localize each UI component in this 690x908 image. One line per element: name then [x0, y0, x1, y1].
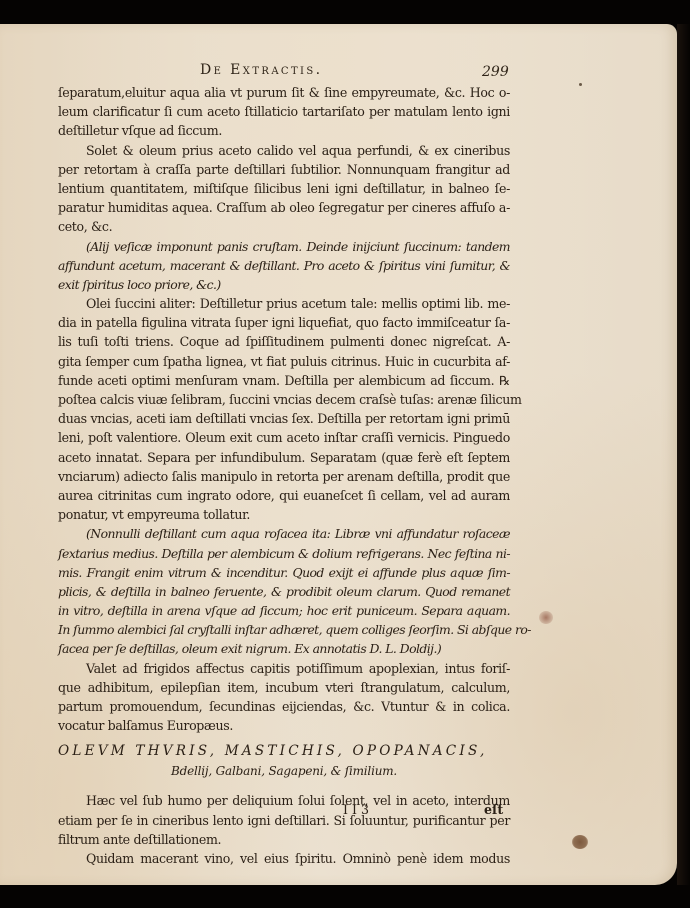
page-footer: I I 3 eſt: [0, 802, 677, 822]
catchword: eſt: [484, 802, 503, 817]
text-line: lentium quantitatem, miſtiſque ſilicibus…: [58, 179, 510, 198]
text-line: aurea citrinitas cum ingrato odore, qui …: [58, 486, 510, 505]
page-edge-shadow: [677, 24, 690, 885]
text-line: dia in patella figulina vitrata ſuper ig…: [58, 313, 510, 332]
text-line: aceto innatat. Separa per infundibulum. …: [58, 448, 510, 467]
italic-note-line: plicis, & deſtilla in balneo feruente, &…: [58, 582, 510, 601]
running-head: De Extractis.: [200, 62, 323, 78]
section-subheading: Bdellij, Galbani, Sagapeni, & ſimilium.: [58, 762, 510, 781]
text-line: leum clarificatur ſi cum aceto ſtillatic…: [58, 102, 510, 121]
italic-note-line: ſextarius medius. Deſtilla per alembicum…: [58, 544, 510, 563]
text-line: paratur humiditas aquea. Craſſum ab oleo…: [58, 198, 510, 217]
section-heading: OLEVM THVRIS, MASTICHIS, OPOPANACIS,: [58, 741, 510, 762]
text-line: filtrum ante deſtillationem.: [58, 830, 510, 849]
text-line: Olei ſuccini aliter: Deſtilletur prius a…: [58, 294, 510, 313]
text-line: Quidam macerant vino, vel eius ſpiritu. …: [58, 849, 510, 868]
text-line: leni, poſt valentiore. Oleum exit cum ac…: [58, 428, 510, 447]
text-line: deſtilletur vſque ad ſiccum.: [58, 121, 510, 140]
italic-note-line: in vitro, deſtilla in arena vſque ad ſic…: [58, 601, 510, 620]
text-line: que adhibitum, epilepſian item, incubum …: [58, 678, 510, 697]
text-line: partum promouendum, ſecundinas eijcienda…: [58, 697, 510, 716]
paper-page: De Extractis. 299 ſeparatum,eluitur aqua…: [0, 24, 677, 885]
text-line: poſtea calcis viuæ ſelibram, ſuccini vnc…: [58, 390, 510, 409]
text-line: per retortam à craſſa parte deſtillari ſ…: [58, 160, 510, 179]
brown-spot-stain: [572, 835, 588, 849]
speck: [579, 83, 582, 86]
text-line: gita ſemper cum ſpatha lignea, vt fiat p…: [58, 352, 510, 371]
italic-note-line: (Alij veſicæ imponunt panis cruſtam. Dei…: [58, 237, 510, 256]
text-line: ponatur, vt empyreuma tollatur.: [58, 505, 510, 524]
body-text: ſeparatum,eluitur aqua alia vt purum ſit…: [58, 83, 510, 868]
page-number: 299: [482, 64, 509, 80]
text-line: vnciarum) adiecto ſalis manipulo in reto…: [58, 467, 510, 486]
text-line: duas vncias, aceti iam deſtillati vncias…: [58, 409, 510, 428]
italic-note-line: affundunt acetum, macerant & deſtillant.…: [58, 256, 510, 275]
text-line: vocatur balſamus Europæus.: [58, 716, 510, 735]
text-line: ſeparatum,eluitur aqua alia vt purum ſit…: [58, 83, 510, 102]
text-line: lis tuſi toſti triens. Coque ad ſpiſſitu…: [58, 332, 510, 351]
text-line: funde aceti optimi menſuram vnam. Deſtil…: [58, 371, 510, 390]
italic-note-line: In ſummo alembici ſal cryſtalli inſtar a…: [58, 620, 510, 639]
text-line: Solet & oleum prius aceto calido vel aqu…: [58, 141, 510, 160]
text-line: Valet ad frigidos affectus capitis potiſ…: [58, 659, 510, 678]
italic-note-line: exit ſpiritus loco priore, &c.): [58, 275, 510, 294]
italic-note-line: ſacea per ſe deſtillas, oleum exit nigru…: [58, 639, 510, 658]
italic-note-line: (Nonnulli deſtillant cum aqua roſacea it…: [58, 524, 510, 543]
ink-stain: [539, 611, 553, 624]
signature-mark: I I 3: [343, 802, 369, 817]
text-line: ceto, &c.: [58, 217, 510, 236]
italic-note-line: mis. Frangit enim vitrum & incenditur. Q…: [58, 563, 510, 582]
scanned-book-page: De Extractis. 299 ſeparatum,eluitur aqua…: [0, 0, 690, 908]
